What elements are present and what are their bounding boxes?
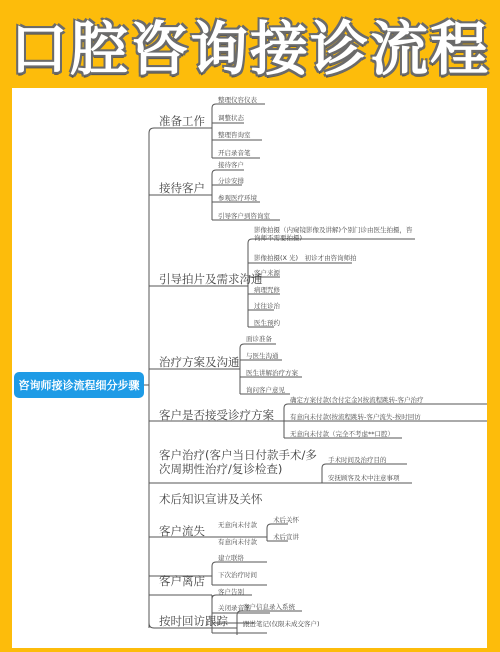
leaf[interactable]: 有意向未付款	[218, 538, 257, 546]
leaf[interactable]: 跟进笔记(仅限未成交客户)	[243, 620, 320, 628]
branch-reception[interactable]: 接待客户	[159, 181, 205, 195]
leaf[interactable]: 调整状态	[218, 114, 244, 122]
leaf[interactable]: 影像拍摄（内窥镜影像及讲解)个别门诊由医生拍摄，咨询师不需要拍摄)	[254, 226, 414, 242]
leaf[interactable]: 无意向未付款（完全不考虑**口腔）	[290, 430, 394, 438]
leaf[interactable]: 手术时间及治疗目的	[328, 456, 387, 464]
connector-lines	[12, 88, 487, 648]
leaf[interactable]: 影像拍摄(X 光) 初诊才由咨询师拍	[254, 254, 357, 262]
branch-accept-plan[interactable]: 客户是否接受诊疗方案	[159, 408, 274, 422]
branch-aftercare[interactable]: 术后知识宣讲及关怀	[159, 492, 263, 506]
leaf[interactable]: 有意向未付款(按流程跳转-客户流失-按时回访	[290, 413, 421, 421]
branch-churn[interactable]: 客户流失	[159, 524, 205, 538]
leaf[interactable]: 医生预约	[254, 319, 280, 327]
leaf[interactable]: 建立联络	[218, 554, 244, 562]
branch-treatment[interactable]: 客户治疗(客户当日付款手术/多次周期性治疗/复诊检查)	[159, 448, 327, 476]
leaf[interactable]: 接待客户	[218, 161, 244, 169]
branch-imaging-needs[interactable]: 引导拍片及需求沟通	[159, 272, 263, 286]
branch-follow-up[interactable]: 按时回访跟踪	[159, 614, 228, 628]
leaf[interactable]: 分诊安排	[218, 177, 244, 185]
leaf[interactable]: 开启录音笔	[218, 149, 251, 157]
leaf[interactable]: 整理咨询室	[218, 131, 251, 139]
root-node[interactable]: 咨询师接诊流程细分步骤	[14, 372, 144, 398]
leaf[interactable]: 无意向未付款	[218, 521, 257, 529]
page-title: 口腔咨询接诊流程	[0, 0, 500, 88]
leaf[interactable]: 医生讲解治疗方案	[246, 369, 298, 377]
leaf[interactable]: 整理仪容仪表	[218, 96, 257, 104]
leaf[interactable]: 引导客户到咨询室	[218, 212, 270, 220]
root-label: 咨询师接诊流程细分步骤	[19, 377, 140, 393]
leaf[interactable]: 术后宣讲	[273, 533, 299, 541]
leaf[interactable]: 参观医疗环境	[218, 194, 257, 202]
branch-treatment-plan[interactable]: 治疗方案及沟通	[159, 355, 240, 369]
leaf[interactable]: 过往诊治	[254, 302, 280, 310]
mindmap-panel: 咨询师接诊流程细分步骤 准备工作 整理仪容仪表 调整状态 整理咨询室 开启录音笔…	[12, 88, 487, 648]
leaf[interactable]: 安抚顾客及术中注意事项	[328, 474, 400, 482]
leaf[interactable]: 确定方案付款(含付定金)(按流程跳转-客户治疗	[290, 396, 423, 404]
leaf[interactable]: 客户信息录入系统	[243, 603, 295, 611]
leaf[interactable]: 下次治疗时间	[218, 571, 257, 579]
leaf[interactable]: 面诊准备	[246, 335, 272, 343]
leaf[interactable]: 与医生沟通	[246, 352, 279, 360]
leaf[interactable]: 客户来源	[254, 269, 280, 277]
branch-prepare[interactable]: 准备工作	[159, 114, 205, 128]
branch-departure[interactable]: 客户离店	[159, 574, 205, 588]
leaf[interactable]: 询问客户意见	[246, 386, 285, 394]
leaf[interactable]: 术后关怀	[273, 516, 299, 524]
leaf[interactable]: 病理咒修	[254, 286, 280, 294]
leaf[interactable]: 客户告别	[218, 588, 244, 596]
title-text: 口腔咨询接诊流程	[10, 2, 490, 86]
